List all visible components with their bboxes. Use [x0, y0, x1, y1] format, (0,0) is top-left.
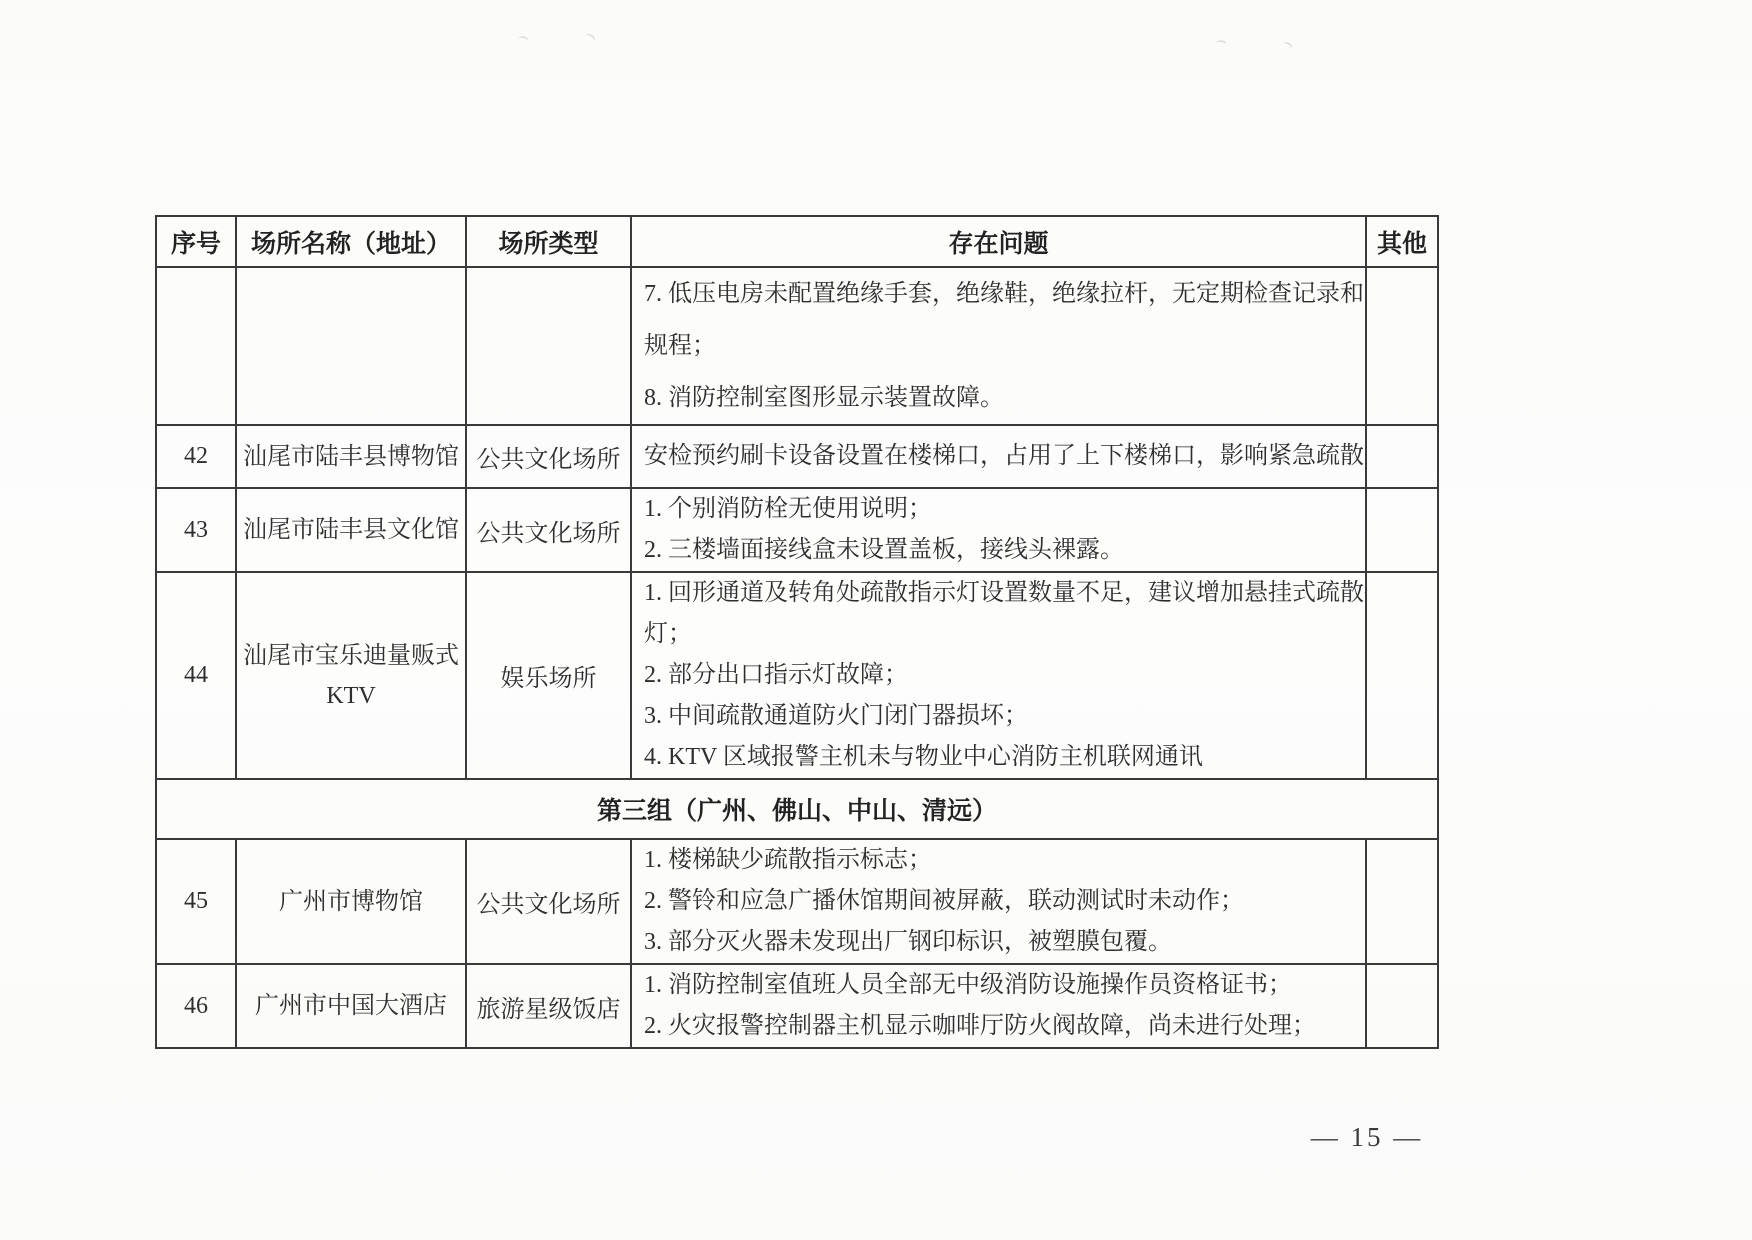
cell-problems: 1. 楼梯缺少疏散指示标志；2. 警铃和应急广播休馆期间被屏蔽，联动测试时未动作…	[631, 839, 1366, 964]
inspection-table: 序号 场所名称（地址） 场所类型 存在问题 其他 7. 低压电房未配置绝缘手套，…	[155, 215, 1437, 1049]
table-row-42: 42 汕尾市陆丰县博物馆 公共文化场所 安检预约刷卡设备设置在楼梯口，占用了上下…	[156, 425, 1438, 488]
cell-place-name: 汕尾市宝乐迪量贩式KTV	[236, 572, 466, 779]
cell-serial: 42	[156, 425, 236, 488]
group-header: 第三组（广州、佛山、中山、清远）	[156, 779, 1438, 839]
header-problems: 存在问题	[631, 216, 1366, 267]
cell-place-name: 广州市中国大酒店	[236, 964, 466, 1048]
table-row-46: 46 广州市中国大酒店 旅游星级饭店 1. 消防控制室值班人员全部无中级消防设施…	[156, 964, 1438, 1048]
header-place-name: 场所名称（地址）	[236, 216, 466, 267]
cell-place-type: 公共文化场所	[466, 839, 631, 964]
header-serial: 序号	[156, 216, 236, 267]
scan-artifact	[1215, 39, 1227, 49]
cell-place-type	[466, 267, 631, 425]
header-other: 其他	[1366, 216, 1438, 267]
page-number: — 15 —	[1282, 1122, 1452, 1153]
cell-place-name: 汕尾市陆丰县文化馆	[236, 488, 466, 572]
cell-problems: 安检预约刷卡设备设置在楼梯口，占用了上下楼梯口，影响紧急疏散	[631, 425, 1366, 488]
table-row-43: 43 汕尾市陆丰县文化馆 公共文化场所 1. 个别消防栓无使用说明；2. 三楼墙…	[156, 488, 1438, 572]
table-group-row: 第三组（广州、佛山、中山、清远）	[156, 779, 1438, 839]
cell-place-name: 汕尾市陆丰县博物馆	[236, 425, 466, 488]
cell-problems: 1. 个别消防栓无使用说明；2. 三楼墙面接线盒未设置盖板，接线头裸露。	[631, 488, 1366, 572]
cell-place-type: 公共文化场所	[466, 425, 631, 488]
cell-other	[1366, 572, 1438, 779]
cell-serial	[156, 267, 236, 425]
scan-artifact	[1281, 40, 1294, 52]
cell-serial: 43	[156, 488, 236, 572]
cell-place-name	[236, 267, 466, 425]
cell-place-type: 公共文化场所	[466, 488, 631, 572]
cell-other	[1366, 488, 1438, 572]
table-header-row: 序号 场所名称（地址） 场所类型 存在问题 其他	[156, 216, 1438, 267]
cell-serial: 44	[156, 572, 236, 779]
cell-place-type: 娱乐场所	[466, 572, 631, 779]
scanned-page: 序号 场所名称（地址） 场所类型 存在问题 其他 7. 低压电房未配置绝缘手套，…	[0, 0, 1752, 1240]
cell-other	[1366, 964, 1438, 1048]
scan-artifact	[584, 32, 597, 45]
cell-serial: 46	[156, 964, 236, 1048]
cell-serial: 45	[156, 839, 236, 964]
cell-place-type: 旅游星级饭店	[466, 964, 631, 1048]
cell-place-name: 广州市博物馆	[236, 839, 466, 964]
table-row-44: 44 汕尾市宝乐迪量贩式KTV 娱乐场所 1. 回形通道及转角处疏散指示灯设置数…	[156, 572, 1438, 779]
scan-artifact	[517, 35, 529, 46]
cell-problems: 7. 低压电房未配置绝缘手套，绝缘鞋，绝缘拉杆，无定期检查记录和操作规程；8. …	[631, 267, 1366, 425]
cell-other	[1366, 839, 1438, 964]
table-row-continuation: 7. 低压电房未配置绝缘手套，绝缘鞋，绝缘拉杆，无定期检查记录和操作规程；8. …	[156, 267, 1438, 425]
cell-problems: 1. 消防控制室值班人员全部无中级消防设施操作员资格证书；2. 火灾报警控制器主…	[631, 964, 1366, 1048]
cell-other	[1366, 267, 1438, 425]
cell-problems: 1. 回形通道及转角处疏散指示灯设置数量不足，建议增加悬挂式疏散指示灯；2. 部…	[631, 572, 1366, 779]
cell-other	[1366, 425, 1438, 488]
table-row-45: 45 广州市博物馆 公共文化场所 1. 楼梯缺少疏散指示标志；2. 警铃和应急广…	[156, 839, 1438, 964]
header-place-type: 场所类型	[466, 216, 631, 267]
